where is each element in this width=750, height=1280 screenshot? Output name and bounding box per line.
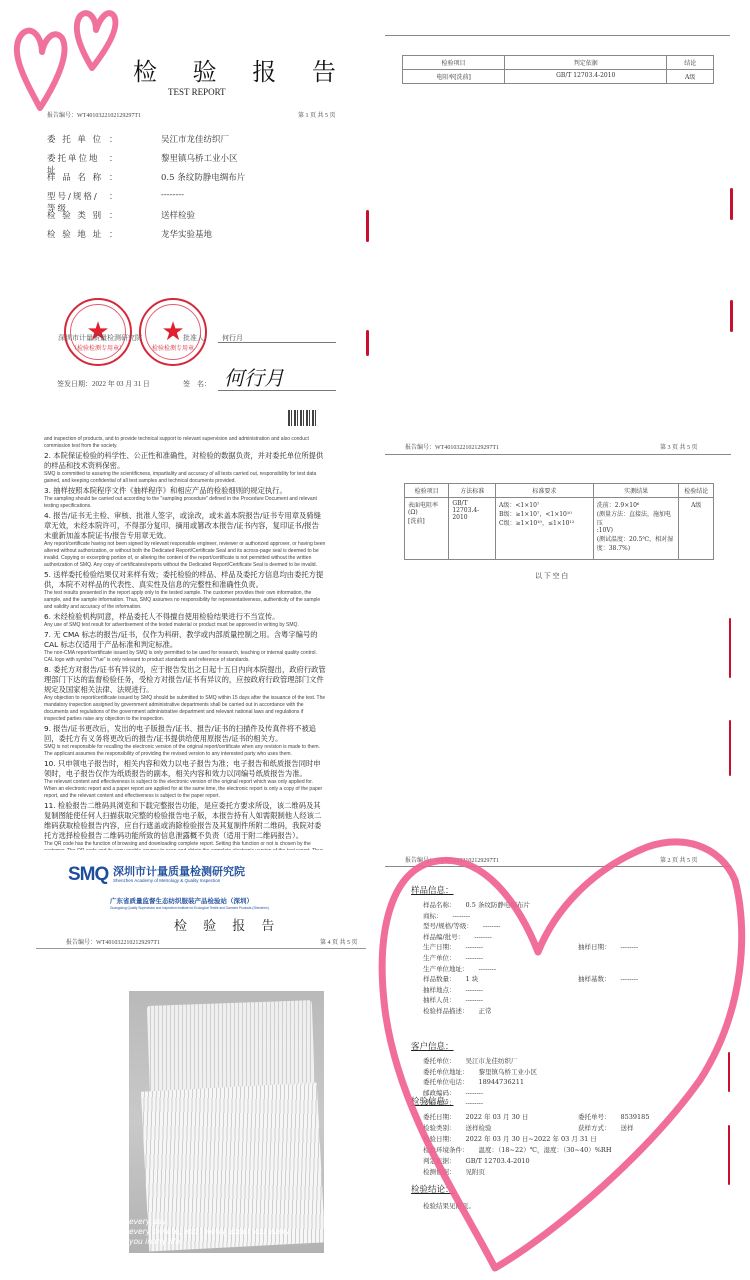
field-colon: ： — [109, 171, 161, 183]
info-label: 检验日期： — [423, 1134, 456, 1143]
field-value: 送样检验 — [161, 209, 195, 221]
method-cell-line: 2010 — [452, 514, 492, 521]
item-cell-line: [洗前] — [408, 516, 445, 525]
info-label: 抽样基数： — [578, 974, 611, 983]
smq-logo: SMQ — [68, 864, 108, 886]
term-en: The relevant content and effectiveness i… — [44, 779, 326, 800]
term-en: The sampling should be carried out accor… — [44, 496, 326, 510]
info-label: 生产日期： — [423, 942, 456, 951]
info-label: 检验环境条件： — [423, 1145, 469, 1154]
info-row: 委托单位地址：黎里镇乌桥工业小区 — [423, 1067, 537, 1076]
report-number: 报告编号：WT4010322102129297T1 — [405, 855, 499, 864]
info-row: 获样方式：送样 — [578, 1123, 634, 1132]
info-row: 样品数量：1 块 — [423, 974, 478, 983]
station-name-en: Guangdong Quality Supervision and Inspec… — [110, 906, 269, 910]
info-row: 抽样地点：-------- — [423, 985, 483, 994]
info-row: 判定依据：GB/T 12703.4-2010 — [423, 1156, 530, 1165]
info-row: 委托单位：吴江市龙佳纺织厂 — [423, 1056, 518, 1065]
terms-list: and inspection of products, and to provi… — [44, 436, 326, 850]
item-cell-line: 表面电阻率 — [408, 500, 445, 509]
term-cn: 4. 报告/证书无主检、审核、批准人签字，或涂改，或未盖本院报告/证书专用章及骑… — [44, 511, 326, 541]
term-en: The QR code has the function of browsing… — [44, 841, 326, 850]
info-row: 委托日期：2022 年 03 月 30 日 — [423, 1112, 528, 1121]
info-row: 检验环境条件：温度：（18~22）℃，湿度：（30~40）%RH — [423, 1145, 612, 1154]
page-number: 第 3 页 共 5 页 — [660, 442, 698, 451]
report-cover-page: 检 验 报 告 TEST REPORT 报告编号：WT4010322102129… — [0, 0, 375, 432]
info-label: 样品名称： — [423, 900, 456, 909]
field-value: 吴江市龙佳纺织厂 — [161, 133, 229, 145]
blank-below-note: 以 下 空 白 — [535, 571, 568, 581]
requirement-cell-line: C级：≥1×10¹⁰，≤1×10¹² — [499, 518, 590, 527]
org-name-cn: 深圳市计量质量检测研究院 — [113, 863, 245, 879]
info-value: -------- — [621, 975, 639, 983]
info-label: 获样方式： — [578, 1123, 611, 1132]
term-en: Any report/certificate having not been s… — [44, 541, 326, 569]
info-row: 型号/规格/等级：-------- — [423, 921, 500, 930]
info-label: 委托单位电话： — [423, 1077, 469, 1086]
seam-seal-mark — [366, 210, 369, 242]
field-colon: ： — [109, 228, 161, 240]
section-inspection-info: 检验信息： — [411, 1095, 454, 1107]
photo-caption: every day. every minute, and I worry abo… — [129, 1217, 290, 1247]
seam-seal-mark — [366, 330, 369, 356]
term-item: 6. 未经检验机构同意，样品委托人不得擅自使用检验结果进行不当宣传。Any us… — [44, 612, 326, 629]
info-row: 生产单位：-------- — [423, 953, 483, 962]
section-customer-info: 客户信息： — [411, 1040, 454, 1052]
info-label: 抽样日期： — [578, 942, 611, 951]
info-value: -------- — [466, 954, 484, 962]
item-cell: 表面电阻率(Ω)[洗前] — [405, 498, 449, 560]
term-cn: 11. 检验报告二维码具浏览和下载完整报告功能，是应委托方要求所设，该二维码及其… — [44, 801, 326, 841]
info-label: 委托单号： — [578, 1112, 611, 1121]
info-row: 生产单位地址：-------- — [423, 964, 496, 973]
seam-seal-mark — [728, 1125, 730, 1185]
field-label: 检 验 地 址 — [47, 228, 109, 240]
item-cell-line: (Ω) — [408, 509, 445, 516]
report-info-page: 报告编号：WT4010322102129297T1 第 2 页 共 5 页 样品… — [375, 840, 750, 1280]
result-cell-line: 度：38.7%) — [597, 543, 676, 552]
section-conclusion: 检验结论： — [411, 1183, 454, 1195]
column-header: 检验项目 — [405, 484, 449, 498]
info-value: -------- — [479, 965, 497, 973]
page-number: 第 4 页 共 5 页 — [320, 937, 358, 946]
info-value: -------- — [621, 943, 639, 951]
seam-seal-mark — [729, 720, 731, 776]
report-terms-page: and inspection of products, and to provi… — [0, 432, 375, 850]
cover-field-row: 检 验 地 址：龙华实验基地 — [47, 228, 212, 240]
report-results-page: 报告编号：WT4010322102129297T1 第 3 页 共 5 页 检验… — [375, 432, 750, 840]
info-value: 送样 — [621, 1123, 634, 1132]
stamp-org-text: 深圳市计量质量检测研究院 — [58, 333, 142, 343]
seam-seal-mark — [729, 618, 731, 678]
seam-seal-mark — [730, 300, 733, 332]
info-value: 见附页 — [466, 1167, 486, 1176]
info-label: 委托单位： — [423, 1056, 456, 1065]
requirement-cell-line: B级：≥1×10⁷，<1×10¹⁰ — [499, 509, 590, 518]
info-row: 委托单号：8539185 — [578, 1112, 649, 1121]
info-value: 1 块 — [466, 974, 479, 983]
official-stamp-right: ★ 检验检测专用章 — [139, 298, 207, 366]
info-row: 检验类别：送样检验 — [423, 1123, 492, 1132]
info-value: 送样检验 — [466, 1123, 492, 1132]
result-cell-line: :10V) — [597, 527, 676, 534]
info-row: 抽样基数：-------- — [578, 974, 638, 983]
page-number: 第 1 页 共 5 页 — [298, 110, 336, 119]
term-item: 4. 报告/证书无主检、审核、批准人签字，或涂改，或未盖本院报告/证书专用章及骑… — [44, 511, 326, 569]
table-row: 电阻率[洗前]GB/T 12703.4-2010A级 — [403, 70, 714, 84]
table-cell: GB/T 12703.4-2010 — [505, 70, 667, 84]
header-rule — [385, 866, 731, 867]
term-cn: 2. 本院保证检验的科学性、公正性和准确性，对检验的数据负责，并对委托单位所提供… — [44, 451, 326, 471]
cover-field-row: 样 品 名 称：0.5 条纹防静电绸布片 — [47, 171, 245, 183]
report-number: 报告编号：WT4010322102129297T1 — [66, 937, 160, 946]
header-rule — [36, 948, 366, 949]
cover-field-row: 检 验 类 别：送样检验 — [47, 209, 195, 221]
report-summary-page: 检验项目判定依据结论 电阻率[洗前]GB/T 12703.4-2010A级 — [375, 0, 750, 432]
method-cell: GB/T 12703.4-2010 — [449, 498, 496, 560]
result-cell-line: (测试温度：20.5℃，相对湿 — [597, 534, 676, 543]
info-row: 检测依据：见附页 — [423, 1167, 485, 1176]
table-cell: A级 — [667, 70, 714, 84]
org-name-en: Shenzhen Academy of Metrology & Quality … — [113, 878, 220, 883]
term-cn: 3. 抽样按照本院程序文件《抽样程序》和相应产品的检验细则的规定执行。 — [44, 486, 326, 496]
report-title-en: TEST REPORT — [168, 87, 226, 97]
term-item: 2. 本院保证检验的科学性、公正性和准确性，对检验的数据负责，并对委托单位所提供… — [44, 451, 326, 485]
info-label: 生产单位： — [423, 953, 456, 962]
column-header: 检验项目 — [403, 56, 505, 70]
table-cell: 电阻率[洗前] — [403, 70, 505, 84]
column-header: 标准要求 — [496, 484, 594, 498]
info-value: -------- — [466, 996, 484, 1004]
info-row: 样品名称：0.5 条纹防静电绸布片 — [423, 900, 530, 909]
info-label: 检验样品描述： — [423, 1006, 469, 1015]
approver-line — [218, 342, 336, 343]
term-cn: 9. 报告/证书更改后，发出的电子版报告/证书、报告/证书的扫描件及传真件将不被… — [44, 724, 326, 744]
info-label: 样品编/批号： — [423, 932, 464, 941]
info-label: 判定依据： — [423, 1156, 456, 1165]
term-en: and inspection of products, and to provi… — [44, 436, 326, 450]
info-label: 检验类别： — [423, 1123, 456, 1132]
info-label: 抽样人员： — [423, 995, 456, 1004]
sign-label: 签 名： — [183, 379, 211, 389]
page-number: 第 2 页 共 5 页 — [660, 855, 698, 864]
info-label: 生产单位地址： — [423, 964, 469, 973]
term-item: 10. 只申领电子报告时，相关内容和效力以电子报告为准；电子报告和纸质报告同时申… — [44, 759, 326, 800]
requirement-cell: A级：<1×10⁷B级：≥1×10⁷，<1×10¹⁰C级：≥1×10¹⁰，≤1×… — [496, 498, 594, 560]
info-value: 吴江市龙佳纺织厂 — [466, 1056, 518, 1065]
report-title-cn: 检 验 报 告 — [174, 915, 280, 934]
official-stamp-left: ★ （检验检测专用章） — [64, 298, 132, 366]
info-value: -------- — [474, 933, 492, 941]
conclusion-cell: A级 — [679, 498, 714, 560]
result-cell: 洗前：2.9×10⁶(测量方法：直接法，施加电压:10V)(测试温度：20.5℃… — [593, 498, 679, 560]
term-item: 7. 无 CMA 标志的报告/证书，仅作为科研、教学或内部质量控制之用。含粤字编… — [44, 630, 326, 664]
term-item: 9. 报告/证书更改后，发出的电子版报告/证书、报告/证书的扫描件及传真件将不被… — [44, 724, 326, 758]
term-en: Any objection to report/certificate issu… — [44, 695, 326, 723]
cover-field-row: 委 托 单 位：吴江市龙佳纺织厂 — [47, 133, 229, 145]
field-label: 委 托 单 位 — [47, 133, 109, 145]
term-item: 8. 委托方对报告/证书有异议的，应于报告发出之日起十五日内向本院提出，政府行政… — [44, 665, 326, 723]
term-item: 11. 检验报告二维码具浏览和下载完整报告功能，是应委托方要求所设，该二维码及其… — [44, 801, 326, 850]
approver-label: 批准人： — [183, 333, 211, 343]
info-value: -------- — [466, 943, 484, 951]
info-row: 样品编/批号：-------- — [423, 932, 492, 941]
info-label: 检测依据： — [423, 1167, 456, 1176]
term-cn: 10. 只申领电子报告时，相关内容和效力以电子报告为准；电子报告和纸质报告同时申… — [44, 759, 326, 779]
info-row: 检验样品描述：正常 — [423, 1006, 492, 1015]
info-label: 委托日期： — [423, 1112, 456, 1121]
report-title-cn: 检 验 报 告 — [133, 52, 350, 87]
section-sample-info: 样品信息： — [411, 884, 454, 896]
info-row: 抽样日期：-------- — [578, 942, 638, 951]
term-item: 3. 抽样按照本院程序文件《抽样程序》和相应产品的检验细则的规定执行。The s… — [44, 486, 326, 510]
issue-date: 签发日期：2022 年 03 月 31 日 — [57, 379, 150, 389]
info-value: 黎里镇乌桥工业小区 — [479, 1067, 538, 1076]
header-rule — [385, 35, 730, 36]
info-value: -------- — [453, 912, 471, 920]
info-value: 2022 年 03 月 30 日~2022 年 03 月 31 日 — [466, 1134, 597, 1143]
report-number: 报告编号：WT4010322102129297T1 — [405, 442, 499, 451]
field-label: 样 品 名 称 — [47, 171, 109, 183]
term-cn: 6. 未经检验机构同意，样品委托人不得擅自使用检验结果进行不当宣传。 — [44, 612, 326, 622]
report-number: 报告编号：WT4010322102129297T1 — [47, 110, 141, 119]
info-value: 温度：（18~22）℃，湿度：（30~40）%RH — [479, 1145, 612, 1154]
info-value: 18944736211 — [479, 1078, 525, 1086]
term-en: SMQ is committed to assuring the scienti… — [44, 471, 326, 485]
field-label: 检 验 类 别 — [47, 209, 109, 221]
info-value: -------- — [466, 1089, 484, 1097]
info-value: -------- — [466, 986, 484, 994]
signature: 何行月 — [224, 362, 284, 391]
info-row: 商标：-------- — [423, 911, 470, 920]
field-value: 0.5 条纹防静电绸布片 — [161, 171, 245, 183]
info-row: 生产日期：-------- — [423, 942, 483, 951]
sample-photo: every day. every minute, and I worry abo… — [129, 991, 324, 1253]
result-cell-line: (测量方法：直接法，施加电压 — [597, 509, 676, 527]
column-header: 方法标准 — [449, 484, 496, 498]
info-value: -------- — [483, 922, 501, 930]
seam-seal-mark — [730, 188, 733, 220]
header-rule — [385, 454, 731, 455]
summary-table: 检验项目判定依据结论 电阻率[洗前]GB/T 12703.4-2010A级 — [402, 55, 714, 84]
term-en: SMQ is not responsible for recalling the… — [44, 744, 326, 758]
info-label: 商标： — [423, 911, 443, 920]
conclusion-text: 检验结果见附页。 — [423, 1201, 475, 1210]
info-label: 型号/规格/等级： — [423, 921, 473, 930]
signature-line — [218, 390, 336, 391]
info-value: 正常 — [479, 1006, 492, 1015]
station-name-cn: 广东省质量监督生态纺织服装产品检验站（深圳） — [110, 896, 253, 905]
info-value: GB/T 12703.4-2010 — [466, 1157, 530, 1165]
info-label: 抽样地点： — [423, 985, 456, 994]
info-value: 0.5 条纹防静电绸布片 — [466, 900, 530, 909]
info-row: 委托单位电话：18944736211 — [423, 1077, 524, 1086]
requirement-cell-line: A级：<1×10⁷ — [499, 500, 590, 509]
term-en: The test results presented in the report… — [44, 590, 326, 611]
info-row: 检验日期：2022 年 03 月 30 日~2022 年 03 月 31 日 — [423, 1134, 597, 1143]
term-cn: 5. 送样委托检验结果仅对来样有效；委托检验的样品、样品及委托方信息均由委托方提… — [44, 570, 326, 590]
term-en: Any use of SMQ test result for advertise… — [44, 622, 326, 629]
info-value: 2022 年 03 月 30 日 — [466, 1112, 529, 1121]
info-row: 抽样人员：-------- — [423, 995, 483, 1004]
method-cell-line: GB/T 12703.4- — [452, 500, 492, 514]
column-header: 判定依据 — [505, 56, 667, 70]
results-table: 检验项目方法标准标准要求实测结果检验结论 表面电阻率(Ω)[洗前] GB/T 1… — [404, 483, 714, 560]
result-cell-line: 洗前：2.9×10⁶ — [597, 500, 676, 509]
field-colon: ： — [109, 133, 161, 145]
term-item: 5. 送样委托检验结果仅对来样有效；委托检验的样品、样品及委托方信息均由委托方提… — [44, 570, 326, 611]
column-header: 结论 — [667, 56, 714, 70]
term-cn: 7. 无 CMA 标志的报告/证书，仅作为科研、教学或内部质量控制之用。含粤字编… — [44, 630, 326, 650]
report-photo-page: SMQ 深圳市计量质量检测研究院 Shenzhen Academy of Met… — [0, 850, 375, 1280]
info-label: 样品数量： — [423, 974, 456, 983]
field-colon: ： — [109, 209, 161, 221]
qr-code-icon[interactable] — [288, 410, 318, 426]
info-value: -------- — [466, 1099, 484, 1107]
info-label: 委托单位地址： — [423, 1067, 469, 1076]
column-header: 检验结论 — [679, 484, 714, 498]
term-en: The non-CMA report/certificate issued by… — [44, 650, 326, 664]
table-row: 表面电阻率(Ω)[洗前] GB/T 12703.4-2010 A级：<1×10⁷… — [405, 498, 714, 560]
field-value: 龙华实验基地 — [161, 228, 212, 240]
info-value: 8539185 — [621, 1113, 650, 1121]
term-item: and inspection of products, and to provi… — [44, 436, 326, 450]
column-header: 实测结果 — [593, 484, 679, 498]
term-cn: 8. 委托方对报告/证书有异议的，应于报告发出之日起十五日内向本院提出，政府行政… — [44, 665, 326, 695]
seam-seal-mark — [728, 1052, 730, 1092]
